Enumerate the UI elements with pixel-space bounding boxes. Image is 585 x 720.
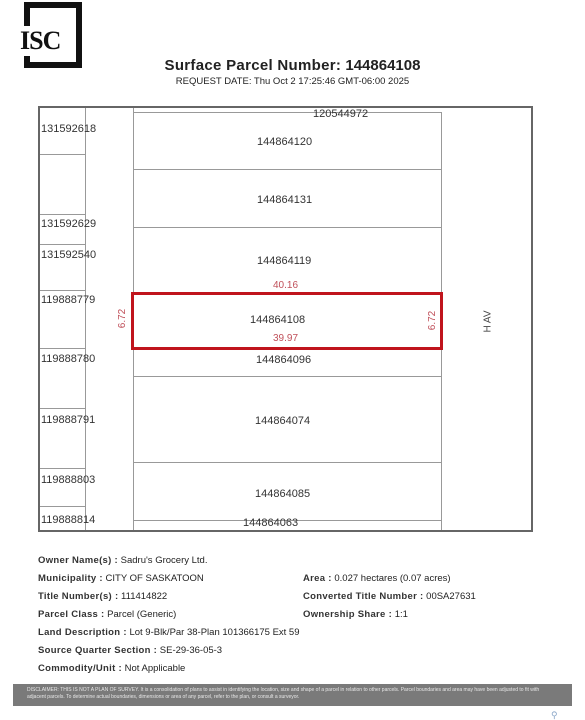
area-label: Area : — [303, 573, 332, 584]
converted-title-label: Converted Title Number : — [303, 591, 424, 602]
source-quarter-row: Source Quarter Section : SE-29-36-05-3 — [38, 645, 222, 656]
parcel-label: 144864096 — [256, 354, 311, 366]
parcel-label: 144864120 — [257, 136, 312, 148]
commodity-label: Commodity/Unit : — [38, 663, 122, 674]
parcel-class-label: Parcel Class : — [38, 609, 105, 620]
ownership-share-value: 1:1 — [395, 609, 408, 620]
parcel-label: 144864063 — [243, 517, 298, 529]
parcel-label: 131592629 — [41, 218, 96, 230]
owner-label: Owner Name(s) : — [38, 555, 118, 566]
owner-row: Owner Name(s) : Sadru's Grocery Ltd. — [38, 555, 207, 566]
converted-title-value: 00SA27631 — [426, 591, 476, 602]
map-line — [40, 154, 85, 155]
parcel-class-value: Parcel (Generic) — [107, 609, 176, 620]
map-line — [133, 227, 441, 228]
parcel-label: 144864119 — [257, 255, 311, 267]
land-description-label: Land Description : — [38, 627, 127, 638]
request-date: REQUEST DATE: Thu Oct 2 17:25:46 GMT-06:… — [0, 76, 585, 87]
parcel-label: 144864131 — [257, 194, 312, 206]
parcel-label: 144864085 — [255, 488, 310, 500]
map-line — [40, 290, 85, 291]
map-line — [133, 376, 441, 377]
parcel-label: 131592540 — [41, 249, 96, 261]
page-title: Surface Parcel Number: 144864108 — [0, 57, 585, 74]
map-line — [40, 468, 85, 469]
title-number-row: Title Number(s) : 111414822 — [38, 591, 167, 602]
parcel-label: 131592618 — [41, 123, 96, 135]
title-number-label: Title Number(s) : — [38, 591, 118, 602]
parcel-label: 119888814 — [41, 514, 95, 526]
disclaimer: DISCLAIMER: THIS IS NOT A PLAN OF SURVEY… — [13, 684, 572, 706]
area-row: Area : 0.027 hectares (0.07 acres) — [303, 573, 451, 584]
municipality-value: CITY OF SASKATOON — [106, 573, 204, 584]
parcel-label: 120544972 — [313, 108, 368, 120]
map-line — [40, 348, 85, 349]
dimension-left: 6.72 — [117, 309, 128, 328]
title-number-value: 111414822 — [121, 591, 167, 602]
location-pin-icon: ⚲ — [551, 710, 558, 720]
parcel-map: 131592618 131592629 131592540 119888779 … — [38, 106, 533, 532]
converted-title-row: Converted Title Number : 00SA27631 — [303, 591, 476, 602]
owner-value: Sadru's Grocery Ltd. — [121, 555, 208, 566]
map-line — [40, 244, 85, 245]
map-line — [133, 169, 441, 170]
source-quarter-value: SE-29-36-05-3 — [160, 645, 222, 656]
title-label: Surface Parcel Number: — [165, 57, 342, 74]
land-description-row: Land Description : Lot 9-Blk/Par 38-Plan… — [38, 627, 300, 638]
logo-text: ISC — [20, 28, 60, 54]
parcel-label: 119888791 — [41, 414, 95, 426]
ownership-share-row: Ownership Share : 1:1 — [303, 609, 408, 620]
map-line — [40, 506, 85, 507]
parcel-label: 119888780 — [41, 353, 95, 365]
municipality-row: Municipality : CITY OF SASKATOON — [38, 573, 204, 584]
dimension-top: 40.16 — [273, 280, 298, 291]
parcel-class-row: Parcel Class : Parcel (Generic) — [38, 609, 176, 620]
map-line — [133, 462, 441, 463]
map-line — [40, 214, 85, 215]
map-line — [133, 112, 441, 113]
street-label: H AV — [483, 310, 494, 332]
map-line — [85, 108, 86, 532]
parcel-label: 144864074 — [255, 415, 310, 427]
dimension-right: 6.72 — [427, 311, 438, 330]
map-line — [40, 408, 85, 409]
parcel-label: 119888779 — [41, 294, 95, 306]
dimension-bottom: 39.97 — [273, 333, 298, 344]
source-quarter-label: Source Quarter Section : — [38, 645, 157, 656]
parcel-label: 119888803 — [41, 474, 95, 486]
area-value: 0.027 hectares (0.07 acres) — [334, 573, 450, 584]
ownership-share-label: Ownership Share : — [303, 609, 392, 620]
commodity-row: Commodity/Unit : Not Applicable — [38, 663, 185, 674]
municipality-label: Municipality : — [38, 573, 103, 584]
commodity-value: Not Applicable — [125, 663, 186, 674]
title-parcel-number: 144864108 — [345, 57, 420, 74]
land-description-value: Lot 9-Blk/Par 38-Plan 101366175 Ext 59 — [129, 627, 299, 638]
